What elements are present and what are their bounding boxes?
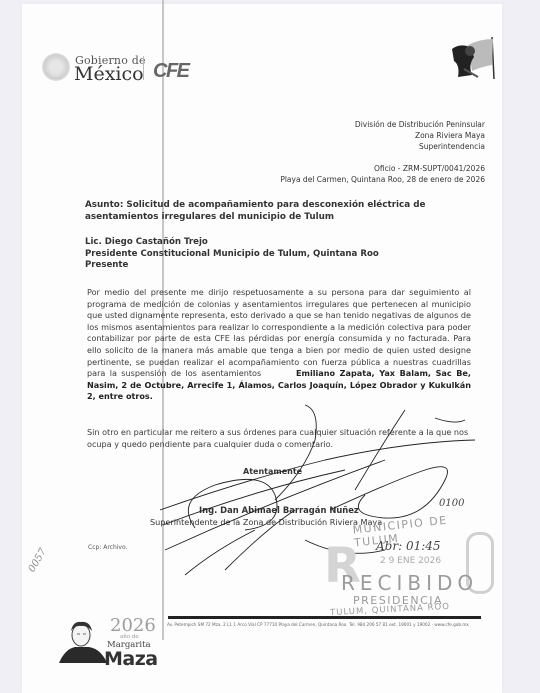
addressee-greeting: Presente: [85, 260, 465, 272]
body-paragraph-2: Sin otro en particular me reitero a sus …: [87, 427, 471, 450]
margarita-maza-portrait-icon: [57, 621, 107, 663]
addressee-block: Lic. Diego Castañón Trejo Presidente Con…: [85, 237, 465, 272]
oficio-number: Oficio - ZRM-SUPT/0041/2026: [280, 164, 485, 175]
subject: Asunto: Solicitud de acompañamiento para…: [85, 199, 465, 223]
stamp-status: RECIBIDO: [341, 571, 478, 595]
sender-line: Superintendencia: [355, 142, 485, 153]
sender-line: Zona Riviera Maya: [355, 131, 485, 142]
place-date: Playa del Carmen, Quintana Roo, 28 de en…: [280, 175, 485, 186]
closing-salutation: Atentamente: [243, 467, 302, 476]
body-text: Por medio del presente me dirijo respetu…: [87, 287, 471, 378]
logo-divider: [143, 56, 144, 80]
stamp-time: Abr: 01:45: [376, 539, 441, 553]
flag-bearer-icon: [448, 35, 500, 79]
sender-line: División de Distribución Peninsular: [355, 120, 485, 131]
gov-logo-big: México: [74, 63, 144, 85]
ccp-line: Ccp: Archivo.: [88, 544, 127, 551]
year-2026: 2026: [110, 615, 156, 636]
mexico-seal-icon: [42, 53, 70, 81]
footer-address: Av. Petempich SM 72 Mza. 2 L1 1 Arco Via…: [167, 621, 477, 628]
cfe-logo: CFE: [153, 60, 189, 83]
honoree-last-name: Maza: [104, 648, 158, 670]
reference-block: Oficio - ZRM-SUPT/0041/2026 Playa del Ca…: [280, 164, 485, 186]
footer-rule: [168, 616, 481, 619]
sender-block: División de Distribución Peninsular Zona…: [355, 120, 485, 152]
body-paragraph-1: Por medio del presente me dirijo respetu…: [87, 287, 471, 403]
addressee-name: Lic. Diego Castañón Trejo: [85, 237, 465, 249]
received-stamp: R MUNICIPIO DE TULUM Abr: 01:45 2 9 ENE …: [308, 508, 498, 618]
addressee-position: Presidente Constitucional Municipio de T…: [85, 249, 465, 261]
stamp-date: 2 9 ENE 2026: [380, 556, 441, 566]
